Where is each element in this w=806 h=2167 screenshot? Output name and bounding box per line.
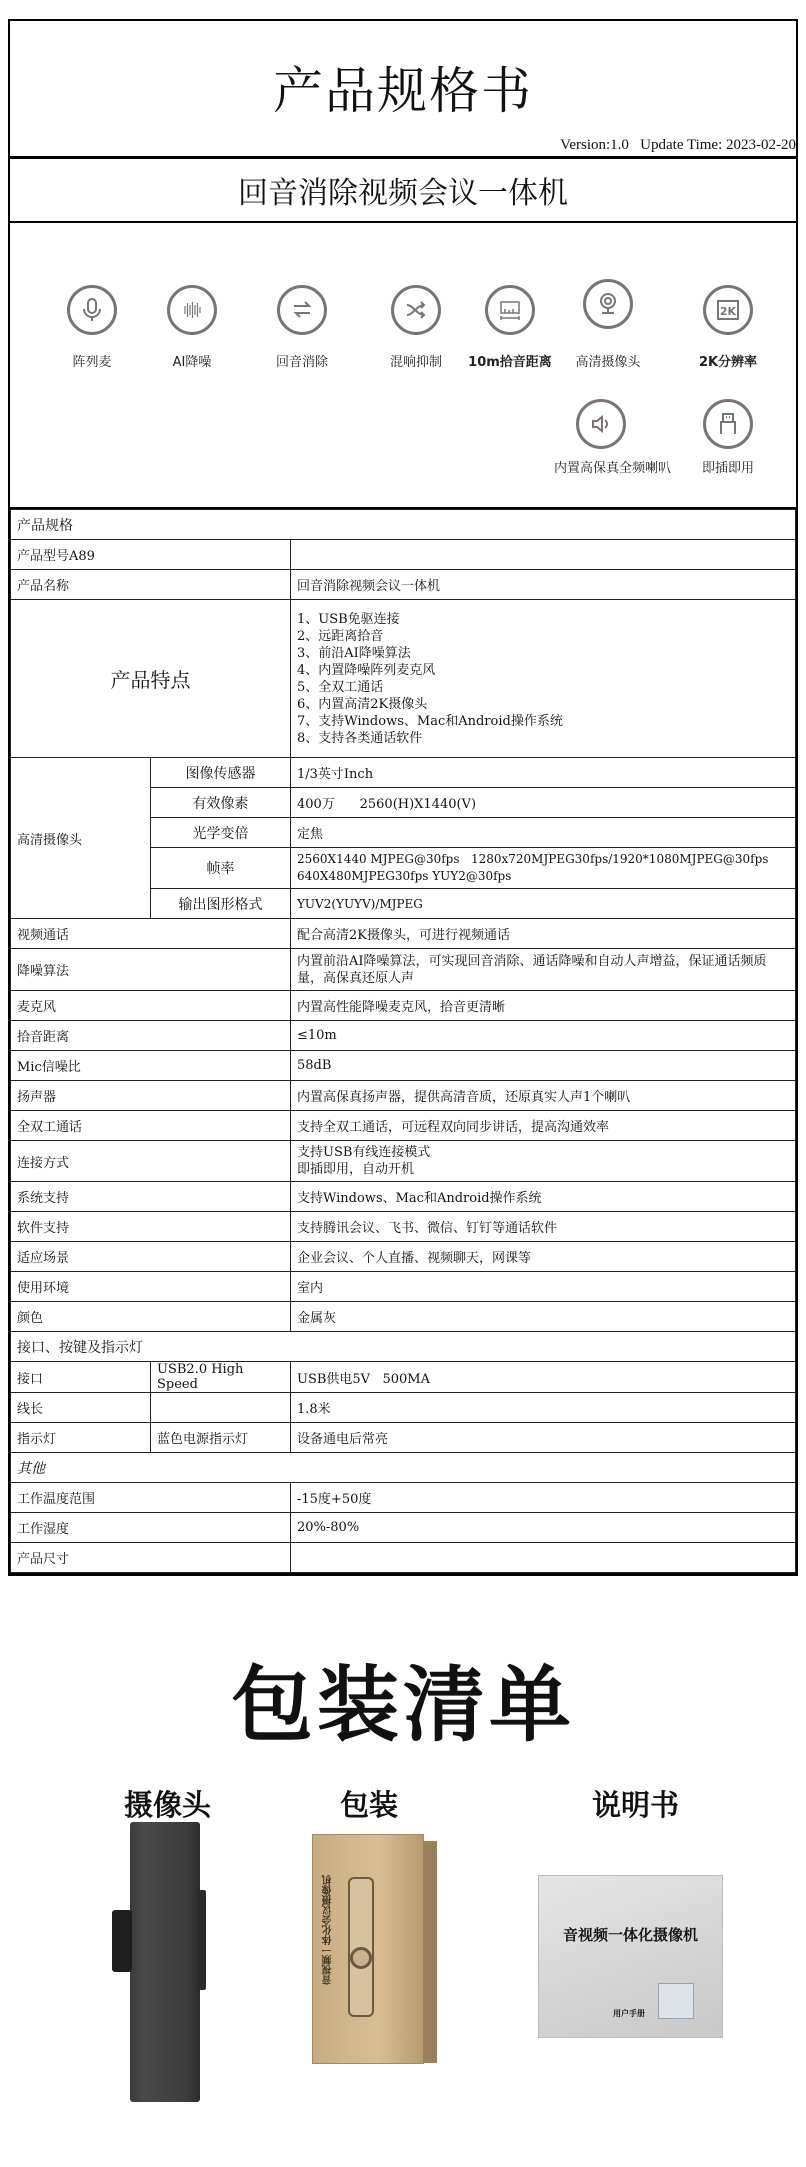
table-row: 工作温度范围-15度+50度 — [11, 1483, 796, 1513]
table-row: 工作湿度20%-80% — [11, 1513, 796, 1543]
camera-mount — [112, 1910, 132, 1972]
table-row: 使用环境室内 — [11, 1272, 796, 1302]
spec-table: 产品规格 产品型号A89 产品名称回音消除视频会议一体机 产品特点 1、USB免… — [10, 509, 796, 1573]
feature-ai-denoise: AI降噪 — [142, 285, 242, 373]
usb-plug-icon — [703, 399, 753, 449]
shuffle-icon — [391, 285, 441, 335]
product-subtitle: 回音消除视频会议一体机 — [10, 159, 796, 223]
spec-sheet: 产品规格书 Version:1.0 Update Time: 2023-02-2… — [8, 19, 798, 1576]
webcam-icon — [583, 279, 633, 329]
table-row: 扬声器内置高保真扬声器，提供高清音质，还原真实人声1个喇叭 — [11, 1081, 796, 1111]
version-info: Version:1.0 Update Time: 2023-02-20 — [560, 137, 796, 154]
section-row: 接口、按键及指示灯 — [11, 1332, 796, 1362]
feature-plug-and-play: 即插即用 — [678, 399, 778, 479]
table-row: 降噪算法内置前沿AI降噪算法，可实现回音消除、通话降噪和自动人声增益，保证通话频… — [11, 949, 796, 991]
swap-arrows-icon — [277, 285, 327, 335]
table-row: 连接方式支持USB有线连接模式即插即用，自动开机 — [11, 1141, 796, 1182]
table-row: 产品型号A89 — [11, 540, 796, 570]
package-item-manual-label: 说明书 — [592, 1783, 679, 1824]
feature-array-mic: 阵列麦 — [42, 285, 142, 373]
package-item-box-label: 包装 — [340, 1783, 398, 1824]
title-box: 产品规格书 Version:1.0 Update Time: 2023-02-2… — [10, 21, 796, 159]
ruler-icon — [485, 285, 535, 335]
microphone-icon — [67, 285, 117, 335]
table-row: 高清摄像头 图像传感器 1/3英寸Inch — [11, 758, 796, 788]
package-item-camera-label: 摄像头 — [124, 1783, 211, 1824]
feature-speaker: 内置高保真全频喇叭 — [554, 399, 684, 479]
table-row: 麦克风内置高性能降噪麦克风，拾音更清晰 — [11, 991, 796, 1021]
table-row: Mic信噪比58dB — [11, 1051, 796, 1081]
feature-icons: 阵列麦 AI降噪 回音消除 混响抑制 10m拾音距离 高清摄像头 2K 2K分辨… — [10, 223, 796, 509]
qr-code-sticker — [658, 1983, 694, 2019]
highlights-row: 产品特点 1、USB免驱连接 2、远距离拾音 3、前沿AI降噪算法 4、内置降噪… — [11, 600, 796, 758]
camera-clip — [198, 1890, 206, 1990]
table-row: 拾音距离≤10m — [11, 1021, 796, 1051]
table-row: 接口USB2.0 High SpeedUSB供电5V 500MA — [11, 1362, 796, 1393]
feature-pickup-distance: 10m拾音距离 — [460, 285, 560, 373]
feature-2k: 2K 2K分辨率 — [678, 285, 778, 373]
camera-product-image — [130, 1822, 200, 2102]
table-row: 软件支持支持腾讯会议、飞书、微信、钉钉等通话软件 — [11, 1212, 796, 1242]
feature-echo-cancel: 回音消除 — [252, 285, 352, 373]
table-row: 线长1.8米 — [11, 1393, 796, 1423]
svg-text:2K: 2K — [720, 305, 737, 318]
section-row: 产品规格 — [11, 510, 796, 540]
table-row: 产品名称回音消除视频会议一体机 — [11, 570, 796, 600]
package-box-image: 音视频一体化会议摄像机 — [312, 1834, 424, 2064]
section-row: 其他 — [11, 1453, 796, 1483]
table-row: 产品尺寸 — [11, 1543, 796, 1573]
table-row: 指示灯蓝色电源指示灯设备通电后常亮 — [11, 1423, 796, 1453]
waveform-icon — [167, 285, 217, 335]
table-row: 适应场景企业会议、个人直播、视频聊天，网课等 — [11, 1242, 796, 1272]
user-manual-image: 音视频一体化摄像机 用户手册 — [538, 1875, 723, 2038]
table-row: 视频通话配合高清2K摄像头，可进行视频通话 — [11, 919, 796, 949]
table-row: 颜色金属灰 — [11, 1302, 796, 1332]
2k-icon: 2K — [703, 285, 753, 335]
highlights-list: 1、USB免驱连接 2、远距离拾音 3、前沿AI降噪算法 4、内置降噪阵列麦克风… — [291, 600, 796, 758]
table-row: 全双工通话支持全双工通话，可远程双向同步讲话，提高沟通效率 — [11, 1111, 796, 1141]
speaker-icon — [576, 399, 626, 449]
table-row: 系统支持支持Windows、Mac和Android操作系统 — [11, 1182, 796, 1212]
package-list-title: 包装清单 — [0, 1640, 806, 1757]
document-title: 产品规格书 — [10, 51, 796, 123]
feature-reverb: 混响抑制 — [366, 285, 466, 373]
feature-hd-camera: 高清摄像头 — [558, 279, 658, 373]
